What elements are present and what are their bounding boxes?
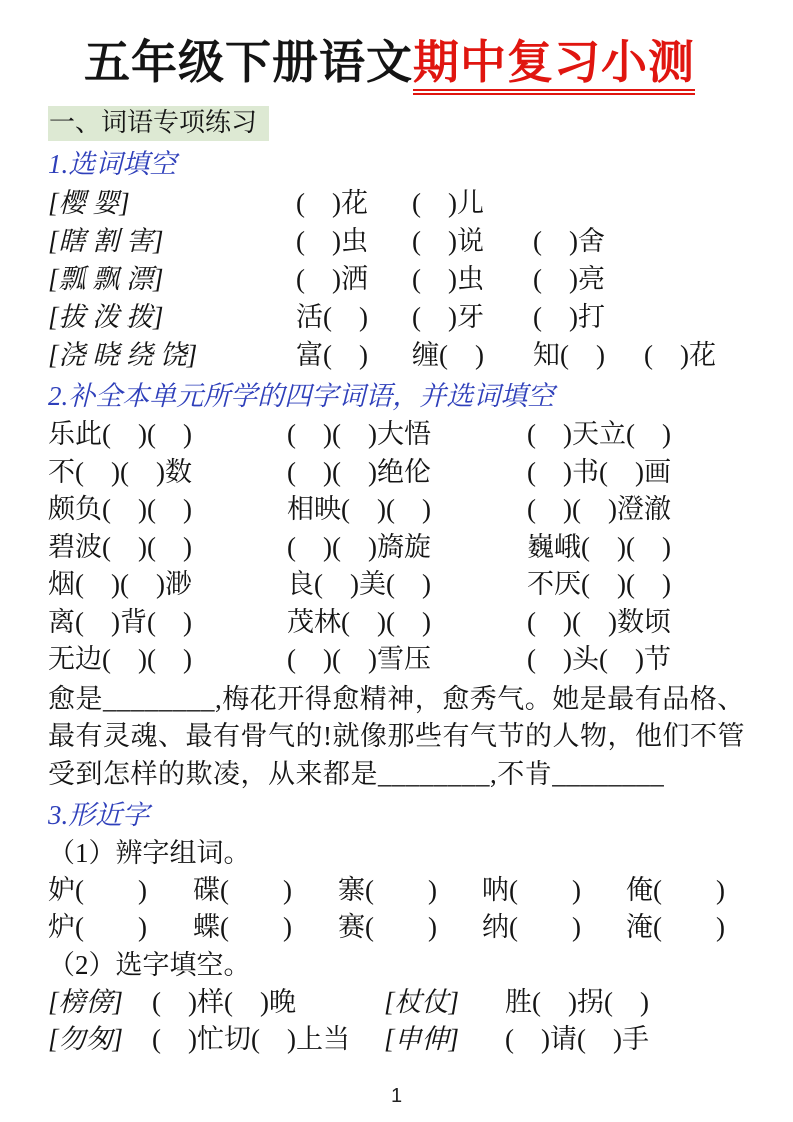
char-blank-cell: 赛( ) <box>338 909 482 946</box>
title-grade-part: 五年级下册语文 <box>84 37 413 88</box>
page-title: 五年级下册语文期中复习小测 <box>84 34 751 92</box>
exercise-3-heading: 3.形近字 <box>48 798 751 832</box>
ex3-part1-row-1: 妒( ) 碟( ) 寨( ) 呐( ) 俺( ) <box>48 872 751 909</box>
fill-blank-cell: ( )洒 <box>296 260 412 298</box>
ex3-part2-row-2: [勿匆] ( )忙切( )上当 [申伸] ( )请( )手 <box>48 1021 751 1058</box>
char-blank-cell: 蝶( ) <box>193 909 338 946</box>
fill-blank-cell: ( )忙切( )上当 <box>152 1021 384 1058</box>
idiom-blank-cell: 烟( )( )渺 <box>48 566 287 604</box>
section-1-heading: 一、词语专项练习 <box>48 106 269 141</box>
word-bank: [申伸] <box>384 1021 505 1058</box>
fill-blank-cell: ( )花 <box>644 336 751 374</box>
section-1: 一、词语专项练习 <box>48 106 751 141</box>
ex3-part2-heading: （2）选字填空。 <box>48 947 751 984</box>
idiom-blank-cell: 茂林( )( ) <box>287 604 527 642</box>
word-bank: [拔 泼 拨] <box>48 298 296 336</box>
ex2-row-2: 不( )( )数 ( )( )绝伦 ( )书( )画 <box>48 454 751 492</box>
exercise-2-heading: 2.补全本单元所学的四字词语，并选词填空 <box>48 379 751 413</box>
char-blank-cell: 呐( ) <box>482 872 626 909</box>
word-bank: [樱 婴] <box>48 184 296 222</box>
word-bank: [瞎 割 害] <box>48 222 296 260</box>
word-bank: [勿匆] <box>48 1021 152 1058</box>
idiom-blank-cell: ( )( )旖旋 <box>287 529 527 567</box>
idiom-blank-cell: ( )书( )画 <box>527 454 751 492</box>
char-blank-cell: 妒( ) <box>48 872 193 909</box>
fill-blank-cell: ( )舍 <box>533 222 644 260</box>
fill-blank-cell: ( )花 <box>296 184 412 222</box>
exercise-1-heading: 1.选词填空 <box>48 147 751 181</box>
fill-blank-cell: ( )打 <box>533 298 644 336</box>
fill-blank-cell: ( )说 <box>412 222 533 260</box>
ex1-row-1: [樱 婴] ( )花 ( )儿 <box>48 184 751 222</box>
ex2-row-5: 烟( )( )渺 良( )美( ) 不厌( )( ) <box>48 566 751 604</box>
idiom-blank-cell: 颇负( )( ) <box>48 491 287 529</box>
idiom-blank-cell: 良( )美( ) <box>287 566 527 604</box>
fill-blank-cell: ( )请( )手 <box>505 1021 751 1058</box>
fill-blank-cell: 活( ) <box>296 298 412 336</box>
idiom-blank-cell: 相映( )( ) <box>287 491 527 529</box>
ex2-row-1: 乐此( )( ) ( )( )大悟 ( )天立( ) <box>48 416 751 454</box>
word-bank: [浇 晓 绕 饶] <box>48 336 296 374</box>
idiom-blank-cell: 碧波( )( ) <box>48 529 287 567</box>
ex2-row-4: 碧波( )( ) ( )( )旖旋 巍峨( )( ) <box>48 529 751 567</box>
idiom-blank-cell: ( )天立( ) <box>527 416 751 454</box>
idiom-blank-cell: 不( )( )数 <box>48 454 287 492</box>
ex3-part1-row-2: 炉( ) 蝶( ) 赛( ) 纳( ) 淹( ) <box>48 909 751 946</box>
worksheet-page: 五年级下册语文期中复习小测 一、词语专项练习 1.选词填空 [樱 婴] ( )花… <box>0 0 793 1122</box>
ex1-row-2: [瞎 割 害] ( )虫 ( )说 ( )舍 <box>48 222 751 260</box>
ex1-row-4: [拔 泼 拨] 活( ) ( )牙 ( )打 <box>48 298 751 336</box>
cloze-paragraph: 愈是________,梅花开得愈精神，愈秀气。她是最有品格、最有灵魂、最有骨气的… <box>48 681 754 794</box>
fill-blank-cell: 缠( ) <box>412 336 533 374</box>
fill-blank-cell: ( )亮 <box>533 260 644 298</box>
page-number: 1 <box>0 1085 793 1108</box>
word-bank: [榜傍] <box>48 984 152 1021</box>
idiom-blank-cell: 离( )背( ) <box>48 604 287 642</box>
char-blank-cell: 碟( ) <box>193 872 338 909</box>
char-blank-cell: 纳( ) <box>482 909 626 946</box>
ex2-row-7: 无边( )( ) ( )( )雪压 ( )头( )节 <box>48 641 751 679</box>
ex2-row-3: 颇负( )( ) 相映( )( ) ( )( )澄澈 <box>48 491 751 529</box>
fill-blank-cell: ( )儿 <box>412 184 533 222</box>
word-bank: [杖仗] <box>384 984 505 1021</box>
char-blank-cell: 炉( ) <box>48 909 193 946</box>
fill-blank-cell: 知( ) <box>533 336 644 374</box>
idiom-blank-cell: 不厌( )( ) <box>527 566 751 604</box>
ex1-row-3: [瓢 飘 漂] ( )洒 ( )虫 ( )亮 <box>48 260 751 298</box>
idiom-blank-cell: ( )( )雪压 <box>287 641 527 679</box>
fill-blank-cell: ( )虫 <box>296 222 412 260</box>
fill-blank-cell: ( )样( )晚 <box>152 984 384 1021</box>
ex3-part1-heading: （1）辨字组词。 <box>48 835 751 872</box>
fill-blank-cell: 胜( )拐( ) <box>505 984 751 1021</box>
fill-blank-cell: 富( ) <box>296 336 412 374</box>
char-blank-cell: 俺( ) <box>626 872 751 909</box>
idiom-blank-cell: 无边( )( ) <box>48 641 287 679</box>
fill-blank-cell: ( )虫 <box>412 260 533 298</box>
ex2-row-6: 离( )背( ) 茂林( )( ) ( )( )数顷 <box>48 604 751 642</box>
idiom-blank-cell: ( )( )澄澈 <box>527 491 751 529</box>
word-bank: [瓢 飘 漂] <box>48 260 296 298</box>
idiom-blank-cell: ( )头( )节 <box>527 641 751 679</box>
idiom-blank-cell: 乐此( )( ) <box>48 416 287 454</box>
idiom-blank-cell: ( )( )绝伦 <box>287 454 527 492</box>
idiom-blank-cell: ( )( )大悟 <box>287 416 527 454</box>
ex3-part2-row-1: [榜傍] ( )样( )晚 [杖仗] 胜( )拐( ) <box>48 984 751 1021</box>
idiom-blank-cell: ( )( )数顷 <box>527 604 751 642</box>
char-blank-cell: 淹( ) <box>626 909 751 946</box>
fill-blank-cell: ( )牙 <box>412 298 533 336</box>
ex1-row-5: [浇 晓 绕 饶] 富( ) 缠( ) 知( ) ( )花 <box>48 336 751 374</box>
title-exam-part: 期中复习小测 <box>413 37 695 95</box>
idiom-blank-cell: 巍峨( )( ) <box>527 529 751 567</box>
char-blank-cell: 寨( ) <box>338 872 482 909</box>
